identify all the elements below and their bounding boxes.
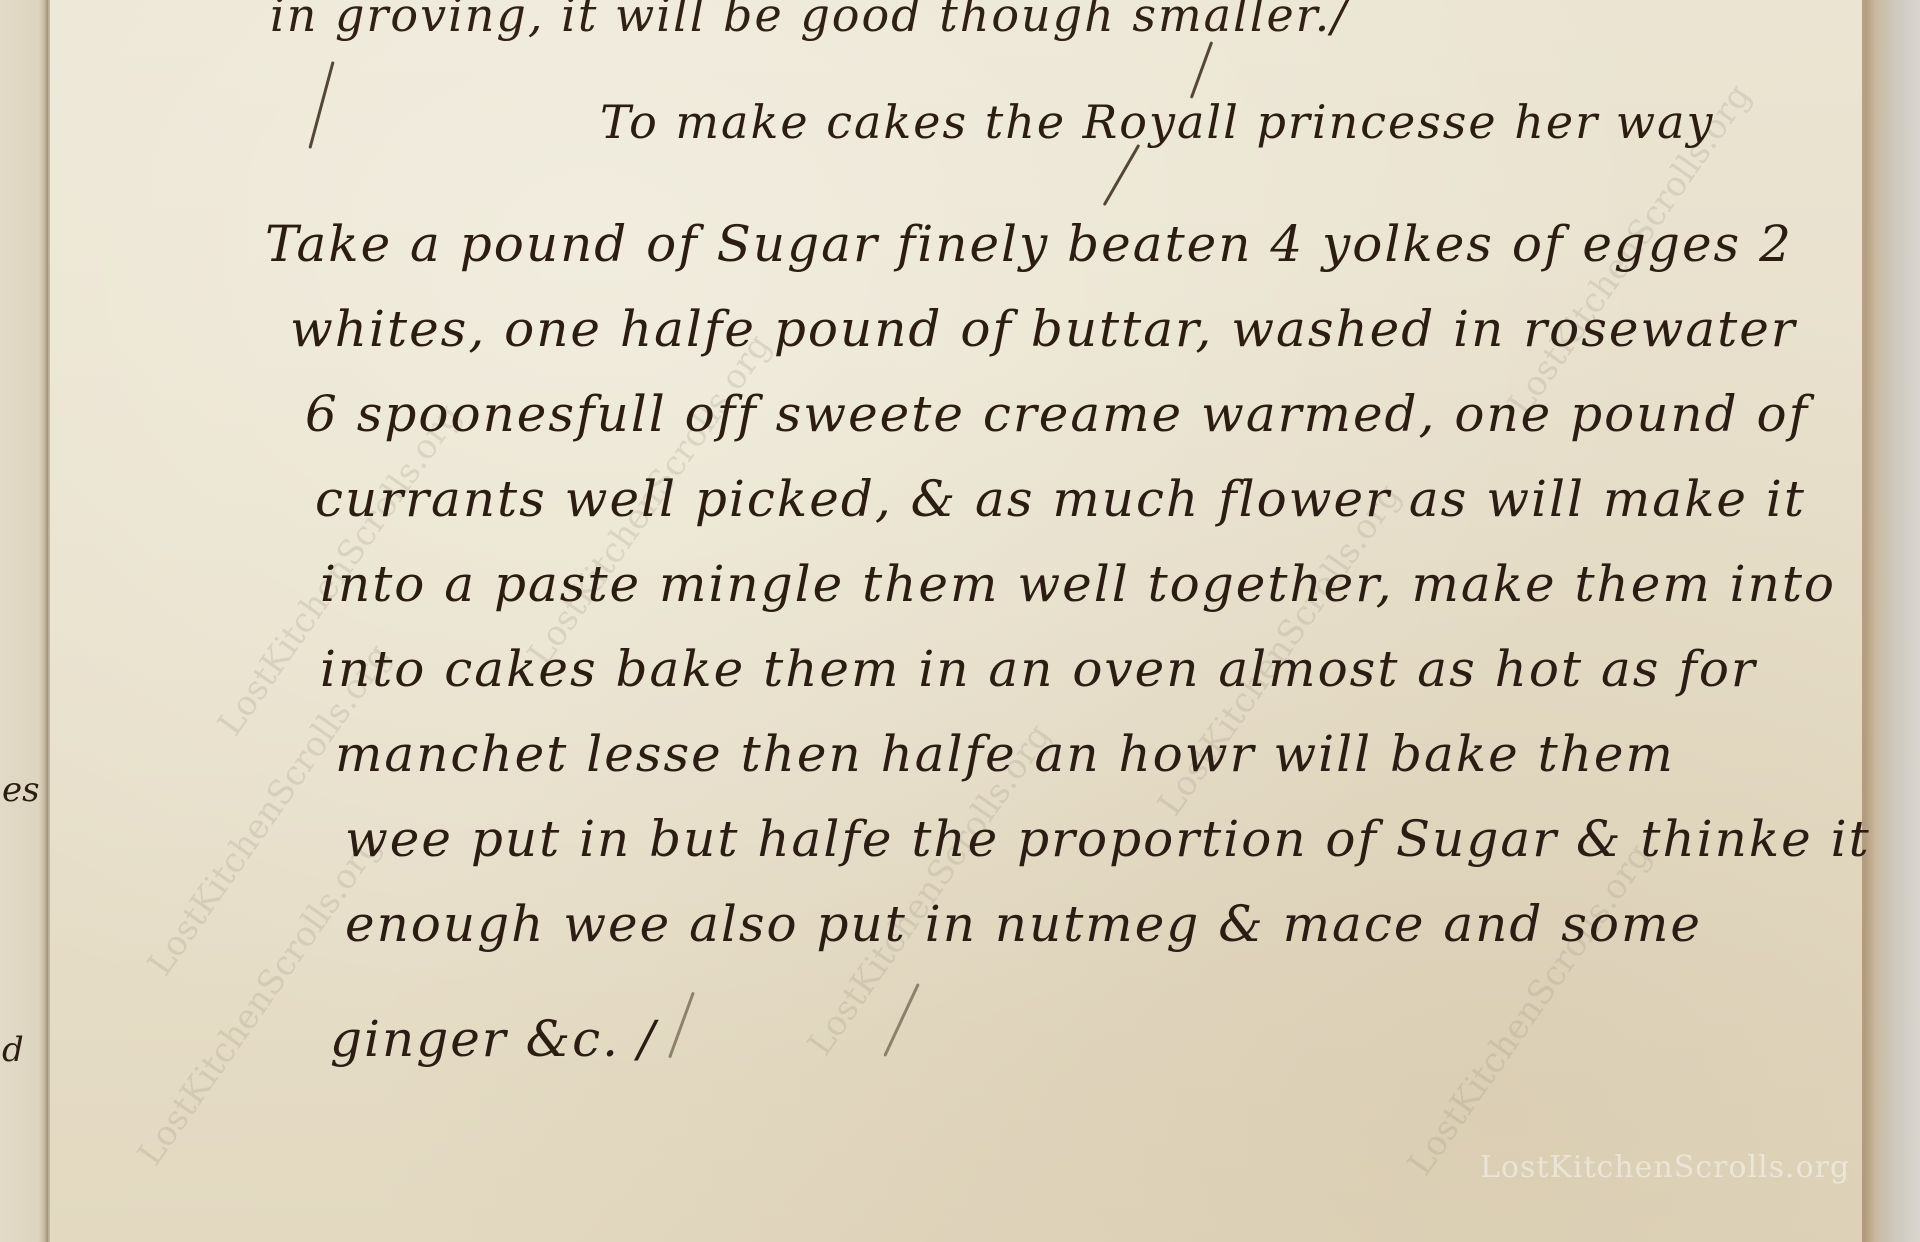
recipe-line-2: whites, one halfe pound of buttar, washe…	[290, 300, 1797, 358]
manuscript-text: in groving, it will be good though small…	[0, 0, 1920, 1242]
recipe-line-8: wee put in but halfe the proportion of S…	[345, 810, 1871, 868]
recipe-line-5: into a paste mingle them well together, …	[320, 555, 1836, 613]
recipe-line-3: 6 spoonesfull off sweete creame warmed, …	[305, 385, 1809, 443]
recipe-line-4: currants well picked, & as much flower a…	[315, 470, 1806, 528]
recipe-title: To make cakes the Royall princesse her w…	[600, 95, 1715, 149]
recipe-line-1: Take a pound of Sugar finely beaten 4 yo…	[265, 215, 1793, 273]
recipe-line-7: manchet lesse then halfe an howr will ba…	[335, 725, 1675, 783]
recipe-line-10: ginger &c. /	[330, 1010, 657, 1068]
left-margin-fragment: d	[2, 1030, 24, 1070]
previous-recipe-ending: in groving, it will be good though small…	[270, 0, 1349, 42]
left-margin-fragment: es	[2, 770, 40, 810]
recipe-line-6: into cakes bake them in an oven almost a…	[320, 640, 1757, 698]
recipe-line-9: enough wee also put in nutmeg & mace and…	[345, 895, 1702, 953]
